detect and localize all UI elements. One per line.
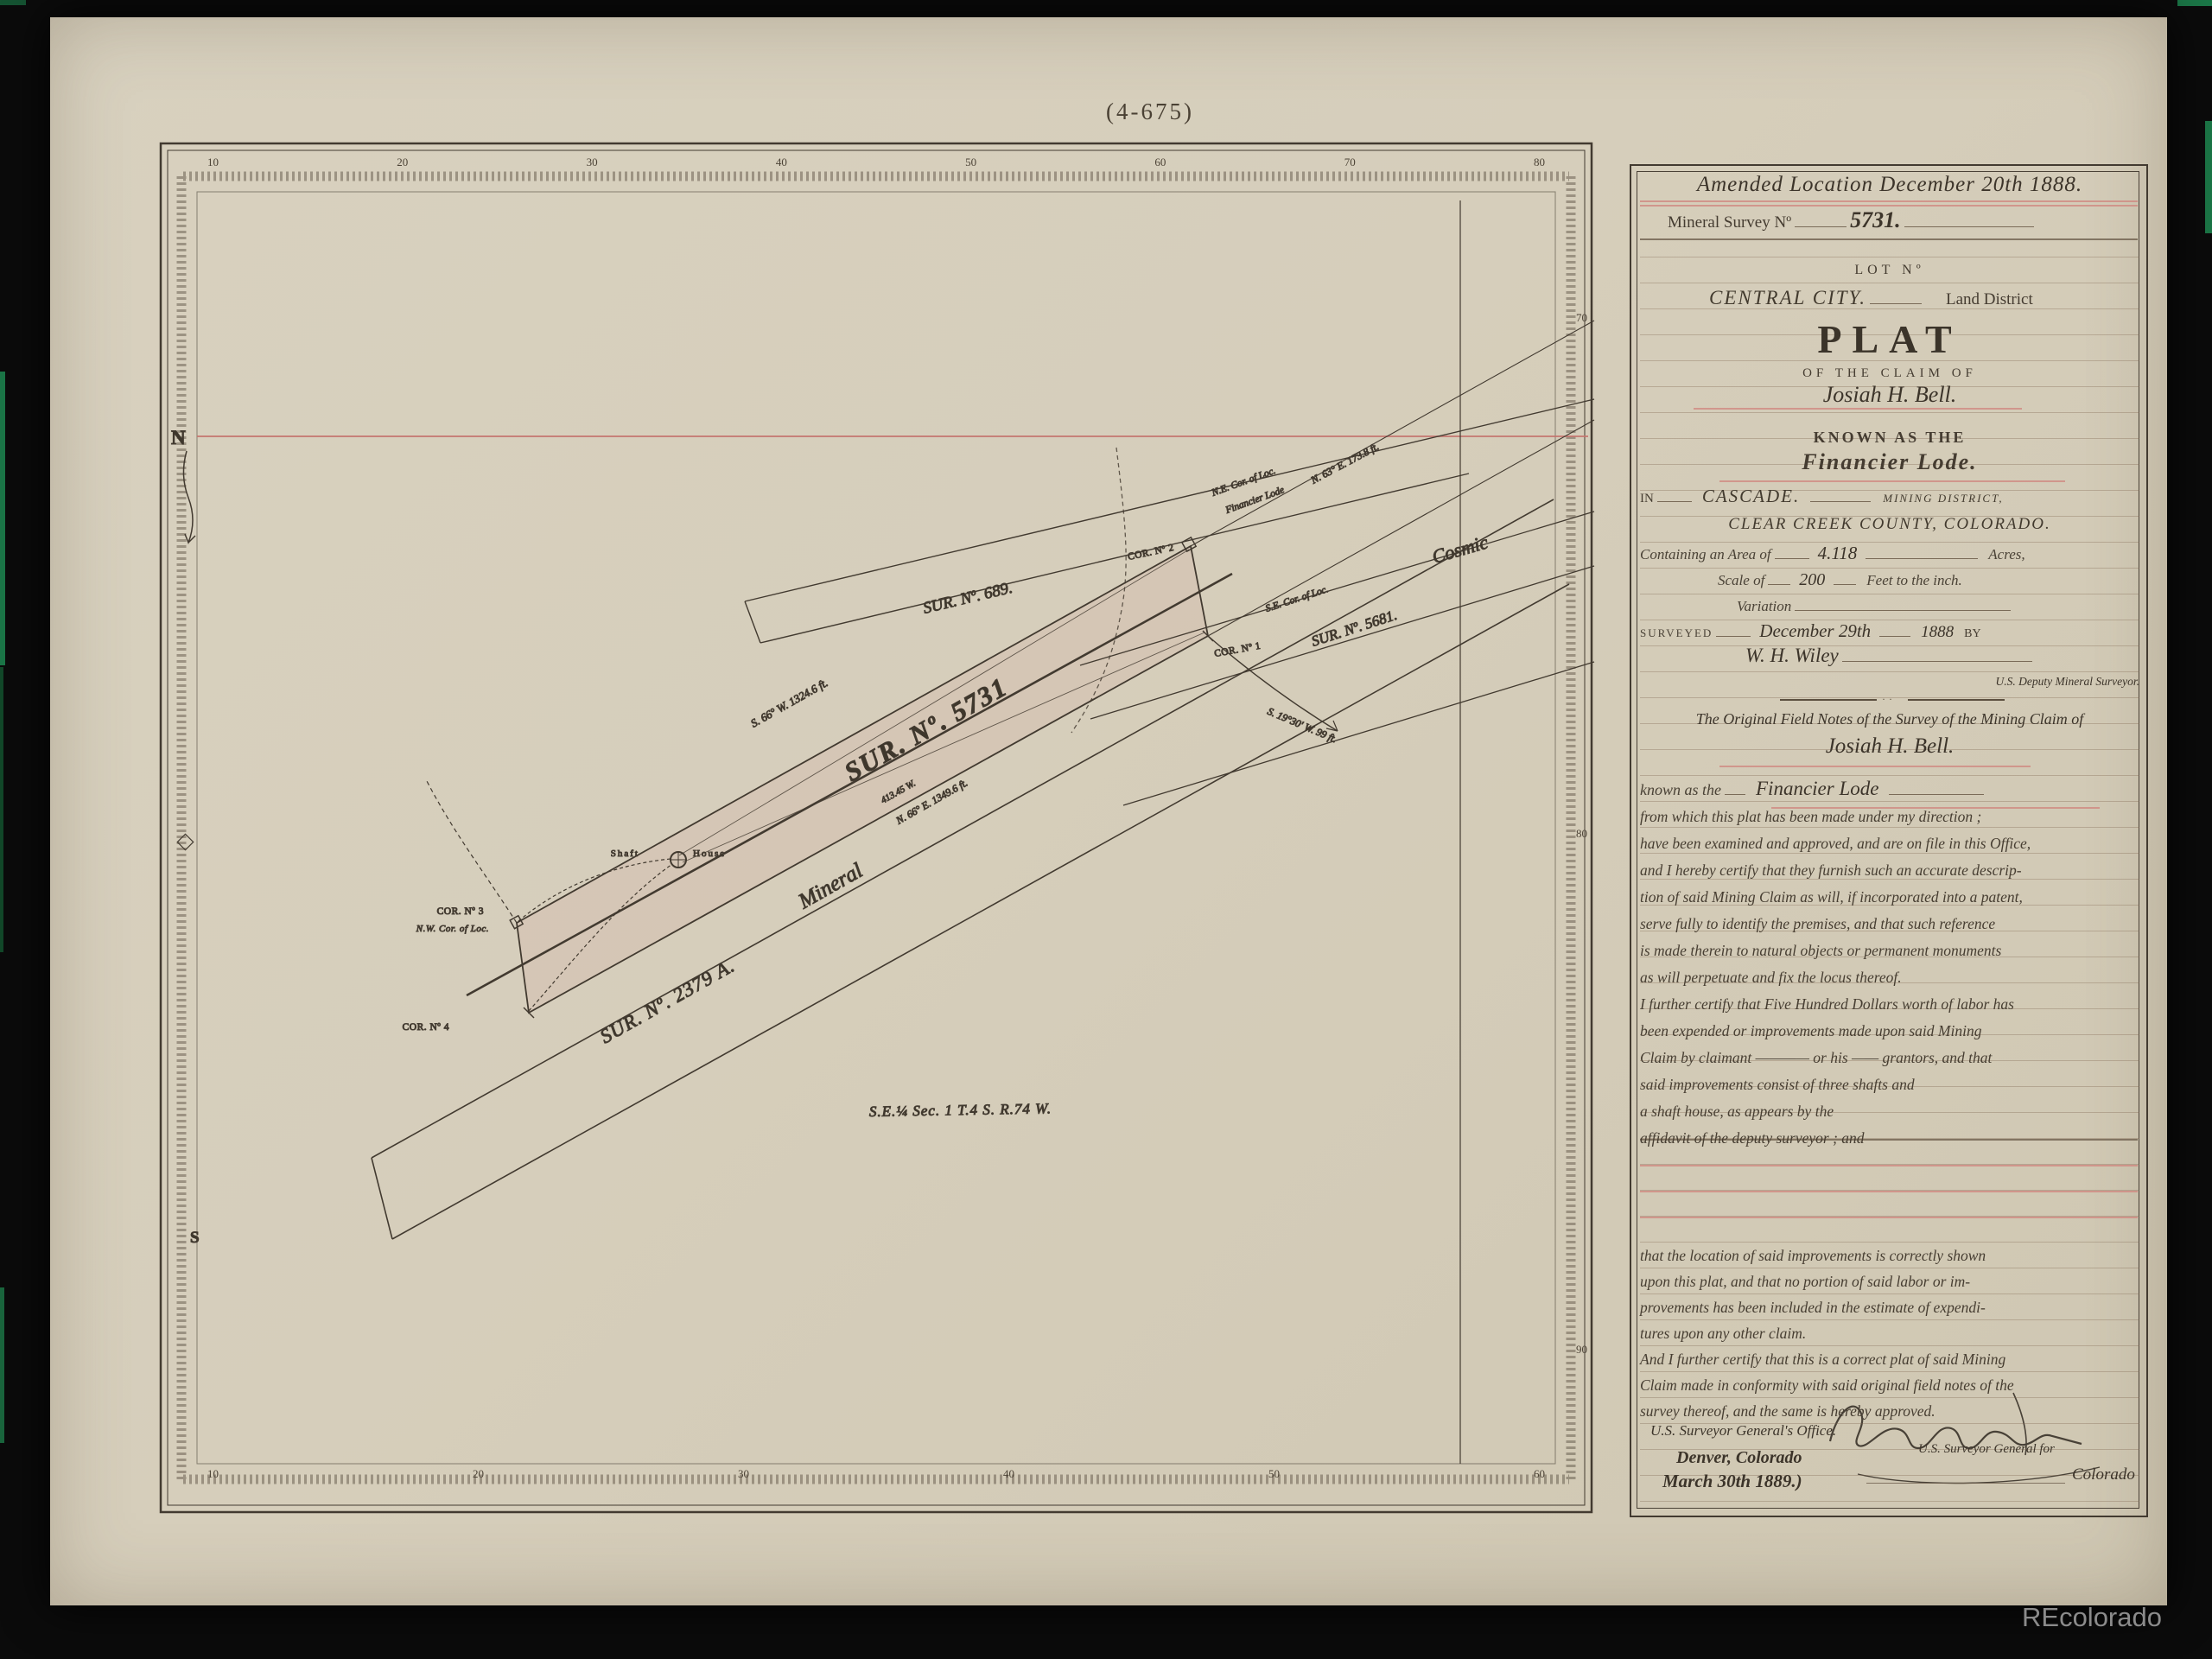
scanner-edge-green — [2177, 0, 2212, 6]
surveyed-year: 1888 — [1921, 623, 1954, 641]
surveyed-label: SURVEYED — [1640, 626, 1713, 639]
ruler-bottom: 102030405060 — [207, 1467, 1545, 1481]
form-blank — [1725, 780, 1745, 795]
plat-title: PLAT — [1640, 316, 2139, 362]
scanner-edge-green — [0, 1287, 4, 1443]
certification-line: a shaft house, as appears by the — [1640, 1098, 2141, 1125]
certification-line: as will perpetuate and fix the locus the… — [1640, 964, 2141, 991]
ruler-number: 50 — [1268, 1467, 1280, 1481]
ruler-number: 70 — [1576, 311, 1593, 325]
surveyor-row: W. H. Wiley — [1745, 645, 2212, 667]
area-row: Containing an Area of 4.118 Acres, — [1640, 543, 2139, 564]
signature-blank — [1866, 1483, 2065, 1484]
claimant-name-2: Josiah H. Bell. — [1640, 734, 2139, 759]
form-blank — [1834, 570, 1856, 585]
ruler-number: 20 — [473, 1467, 484, 1481]
recolorado-watermark: REcolorado — [2022, 1602, 2162, 1633]
surveyor-title: U.S. Deputy Mineral Surveyor. — [1996, 675, 2139, 688]
ruler-top: 1020304050607080 — [207, 156, 1545, 169]
ruler-number: 60 — [1534, 1467, 1545, 1481]
sheet-code: (4-675) — [1106, 99, 1194, 125]
county-state-line: Clear Creek County, Colorado. — [1640, 515, 2139, 534]
ruler-number: 40 — [776, 156, 787, 169]
certification-line: and I hereby certify that they furnish s… — [1640, 857, 2141, 884]
heavy-rule — [1640, 238, 2138, 240]
form-blank — [1879, 622, 1910, 637]
ruler-right: 708090 — [1576, 311, 1593, 1357]
form-blank — [1889, 780, 1984, 795]
mining-district-row: IN Cascade. Mining District, — [1640, 486, 2139, 507]
form-blank — [1775, 544, 1809, 559]
red-rule — [1640, 200, 2138, 202]
ruler-number: 40 — [1003, 1467, 1014, 1481]
certification-line: tures upon any other claim. — [1640, 1320, 2141, 1346]
in-label: IN — [1640, 492, 1654, 505]
scale-row: Scale of 200 Feet to the inch. — [1718, 570, 2212, 590]
lot-number: Lot Nº — [1640, 263, 2139, 278]
certification-line: that the location of said improvements i… — [1640, 1243, 2141, 1268]
claimant-name: Josiah H. Bell. — [1640, 382, 2139, 408]
ruler-number: 70 — [1344, 156, 1356, 169]
form-blank — [1870, 289, 1922, 304]
surveyor-general-state: Colorado — [2072, 1465, 2135, 1484]
known-as-the: KNOWN AS THE — [1640, 429, 2139, 447]
surveyor-general-office: U.S. Surveyor General's Office. — [1650, 1422, 1836, 1439]
form-blank — [1795, 213, 1847, 227]
by-label: BY — [1964, 627, 1980, 640]
ruler-number: 80 — [1534, 156, 1545, 169]
variation-row: Variation — [1737, 596, 2212, 615]
scale-unit: Feet to the inch. — [1866, 572, 1961, 588]
form-blank — [1795, 596, 2011, 611]
scanned-plat-photo: { "photo": { "watermark": "REcolorado" }… — [0, 0, 2212, 1659]
district-value: Cascade. — [1702, 486, 1800, 506]
surveyor-general-for: U.S. Surveyor General for — [1918, 1442, 2055, 1456]
certification-line: have been examined and approved, and are… — [1640, 830, 2141, 857]
scanner-edge-green — [0, 667, 3, 952]
lode-name: Financier Lode. — [1640, 449, 2139, 475]
certification-line: Claim by claimant ———— or his —— grantor… — [1640, 1045, 2141, 1071]
ruler-number: 60 — [1154, 156, 1166, 169]
certification-line: I further certify that Five Hundred Doll… — [1640, 991, 2141, 1018]
of-the-claim-of: OF THE CLAIM OF — [1640, 366, 2139, 381]
certification-line: And I further certify that this is a cor… — [1640, 1346, 2141, 1372]
district-label: Mining District, — [1883, 492, 2003, 505]
office-date: March 30th 1889.) — [1662, 1471, 1802, 1491]
scale-value: 200 — [1799, 570, 1825, 589]
certification-line: survey thereof, and the same is hereby a… — [1640, 1398, 2141, 1424]
ruler-number: 20 — [397, 156, 408, 169]
scanner-edge-green — [2205, 121, 2212, 233]
ruler-number: 10 — [207, 1467, 219, 1481]
certification-paragraph-2: that the location of said improvements i… — [1640, 1243, 2141, 1424]
office-city: Denver, Colorado — [1676, 1448, 1802, 1467]
ruler-number: 30 — [587, 156, 598, 169]
certification-line: upon this plat, and that no portion of s… — [1640, 1268, 2141, 1294]
area-label: Containing an Area of — [1640, 546, 1771, 563]
variation-label: Variation — [1737, 598, 1791, 614]
red-rule — [1640, 1191, 2138, 1192]
divider-dots: ·· — [1882, 693, 1896, 706]
land-district-label: Land District — [1946, 290, 2033, 308]
certification-line: provements has been included in the esti… — [1640, 1294, 2141, 1320]
ornamental-divider: ·· — [1780, 696, 2005, 703]
ruler-number: 80 — [1576, 827, 1593, 841]
red-rule — [1694, 408, 2022, 410]
sg-for-row: U.S. Surveyor General for — [1918, 1441, 2212, 1457]
surveyed-row: SURVEYED December 29th 1888 BY — [1640, 620, 2139, 642]
office-row: U.S. Surveyor General's Office. — [1650, 1422, 2150, 1440]
certification-line: affidavit of the deputy surveyor ; and — [1640, 1125, 2141, 1152]
certification-line: is made therein to natural objects or pe… — [1640, 938, 2141, 964]
mineral-survey-row: Mineral Survey Nº 5731. — [1668, 207, 2167, 233]
scanner-edge-green — [0, 372, 5, 665]
certification-line: tion of said Mining Claim as will, if in… — [1640, 884, 2141, 911]
mineral-survey-number: 5731. — [1850, 207, 1901, 232]
land-district-row: Central City. Land District — [1640, 287, 2139, 309]
certification-line: said improvements consist of three shaft… — [1640, 1071, 2141, 1098]
surveyed-date: December 29th — [1759, 620, 1871, 641]
form-blank — [1716, 622, 1751, 637]
known-as-row-2: known as the Financier Lode — [1640, 778, 2139, 800]
red-rule — [1640, 1217, 2138, 1218]
area-value: 4.118 — [1818, 543, 1858, 563]
form-blank — [1904, 213, 2034, 227]
field-notes-intro: The Original Field Notes of the Survey o… — [1640, 710, 2139, 728]
form-blank — [1866, 544, 1978, 559]
red-rule — [1719, 480, 2065, 482]
lode-name-2: Financier Lode — [1756, 778, 1878, 799]
area-unit: Acres, — [1988, 546, 2024, 563]
form-blank — [1657, 487, 1692, 502]
surveyor-title-row: U.S. Deputy Mineral Surveyor. — [1858, 674, 2139, 690]
ruler-number: 10 — [207, 156, 219, 169]
scanner-edge-green — [0, 0, 26, 5]
certification-paragraph-1: from which this plat has been made under… — [1640, 804, 2141, 1152]
form-blank — [1810, 487, 1871, 502]
red-rule — [1640, 1165, 2138, 1166]
land-district-value: Central City. — [1709, 287, 1866, 308]
amended-location-note: Amended Location December 20th 1888. — [1640, 173, 2139, 197]
certification-line: serve fully to identify the premises, an… — [1640, 911, 2141, 938]
form-blank — [1842, 647, 2032, 662]
certification-line: been expended or improvements made upon … — [1640, 1018, 2141, 1045]
ruler-number: 30 — [738, 1467, 749, 1481]
form-blank — [1768, 570, 1790, 585]
sg-state-row: Colorado — [2072, 1465, 2212, 1484]
known-as-2: known as the — [1640, 781, 1721, 798]
certification-line: Claim made in conformity with said origi… — [1640, 1372, 2141, 1398]
red-rule — [1640, 205, 2138, 207]
surveyor-name: W. H. Wiley — [1745, 645, 1839, 666]
ruler-number: 50 — [965, 156, 976, 169]
certification-line: from which this plat has been made under… — [1640, 804, 2141, 830]
ruler-number: 90 — [1576, 1343, 1593, 1357]
red-rule — [1719, 766, 2031, 767]
mineral-survey-label: Mineral Survey Nº — [1668, 213, 1791, 232]
scale-label: Scale of — [1718, 572, 1764, 588]
